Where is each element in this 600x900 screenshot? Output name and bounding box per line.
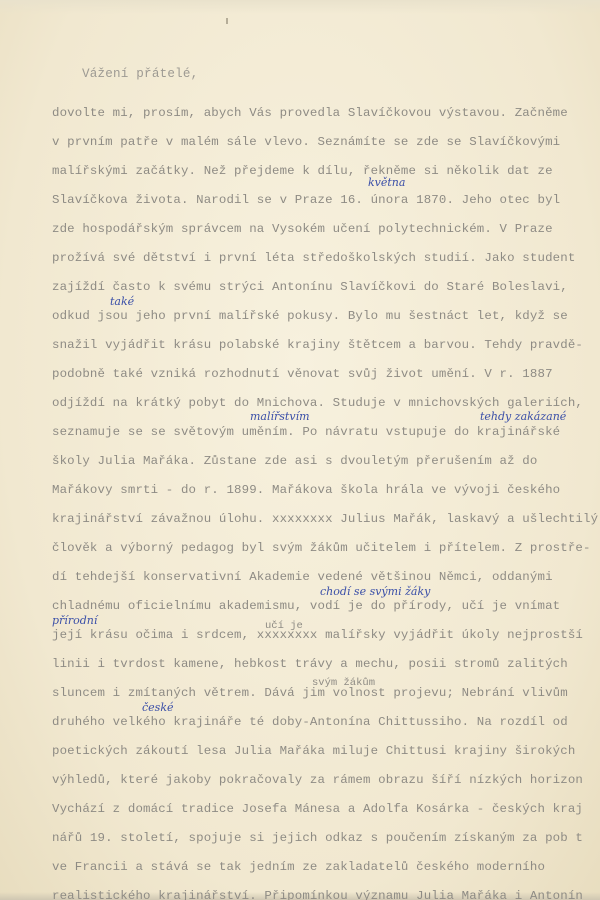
text-line: školy Julia Mařáka. Zůstane zde asi s dv… — [52, 454, 537, 468]
paper-top-edge — [0, 0, 600, 14]
text-line: zde hospodářským správcem na Vysokém uče… — [52, 222, 553, 236]
typed-insertion: učí je — [265, 620, 303, 632]
greeting: Vážení přátelé, — [82, 67, 198, 81]
text-line: dovolte mi, prosím, abych Vás provedla S… — [52, 106, 568, 120]
handwritten-annotation: tehdy zakázané — [480, 410, 566, 423]
text-line: člověk a výborný pedagog byl svým žákům … — [52, 541, 591, 555]
handwritten-annotation: května — [368, 176, 405, 189]
handwritten-annotation: také — [110, 295, 134, 308]
document-page: Vážení přátelé, dovolte mi, prosím, abyc… — [0, 0, 600, 900]
text-line: seznamuje se se světovým uměním. Po návr… — [52, 425, 560, 439]
handwritten-annotation: chodí se svými žáky — [320, 585, 430, 598]
text-line: druhého velkého krajináře té doby-Antoní… — [52, 715, 568, 729]
text-line: odjíždí na krátký pobyt do Mnichova. Stu… — [52, 396, 583, 410]
text-line: Slavíčkova života. Narodil se v Praze 16… — [52, 193, 560, 207]
text-line: podobně také vzniká rozhodnutí věnovat s… — [52, 367, 553, 381]
text-line: realistického krajinářství. Připomínkou … — [52, 889, 583, 900]
handwritten-annotation: české — [142, 701, 174, 714]
text-line: zajíždí často k svému strýci Antonínu Sl… — [52, 280, 568, 294]
text-line: chladnému oficielnímu akademismu, vodí j… — [52, 599, 560, 613]
text-line: v prvním patře v malém sále vlevo. Sezná… — [52, 135, 560, 149]
text-line: Mařákovy smrti - do r. 1899. Mařákova šk… — [52, 483, 560, 497]
text-line: Vychází z domácí tradice Josefa Mánesa a… — [52, 802, 583, 816]
handwritten-annotation: přírodní — [52, 614, 97, 627]
text-line: výhledů, které jakoby pokračovaly za rám… — [52, 773, 583, 787]
text-line: sluncem i zmítaných větrem. Dává jim vol… — [52, 686, 568, 700]
text-line: její krásu očima i srdcem, xxxxxxxx malí… — [52, 628, 583, 642]
text-line: dí tehdejší konservativní Akademie veden… — [52, 570, 553, 584]
text-line: odkud jsou jeho první malířské pokusy. B… — [52, 309, 568, 323]
text-line: linii i tvrdost kamene, hebkost trávy a … — [52, 657, 568, 671]
text-line: snažil vyjádřit krásu polabské krajiny š… — [52, 338, 583, 352]
text-line: malířskými začátky. Než přejdeme k dílu,… — [52, 164, 553, 178]
text-line: prožívá své dětství i první léta středoš… — [52, 251, 575, 265]
text-line: nářů 19. století, spojuje si jejich odka… — [52, 831, 583, 845]
text-line: poetických zákoutí lesa Julia Mařáka mil… — [52, 744, 575, 758]
text-line: ve Francii a stává se tak jedním ze zakl… — [52, 860, 545, 874]
text-line: krajinářství závažnou úlohu. xxxxxxxx Ju… — [52, 512, 598, 526]
paper-mark — [226, 18, 228, 24]
handwritten-annotation: malířstvím — [250, 410, 310, 423]
typed-insertion: svým žákům — [312, 677, 375, 689]
